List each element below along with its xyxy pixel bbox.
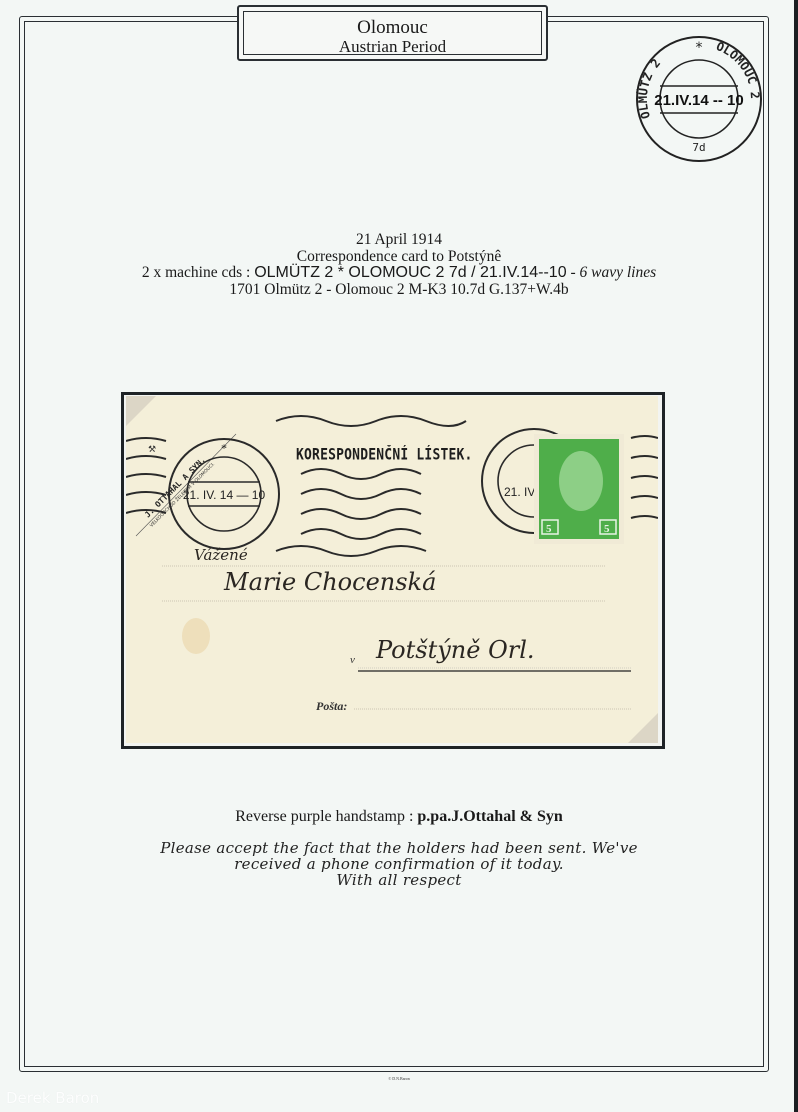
svg-text:7d: 7d	[692, 141, 705, 154]
svg-text:5: 5	[546, 523, 552, 535]
postcard-image: J. OTTAHAL A SYN. VELKOOBCHOD ŽELEZEM V …	[126, 396, 658, 743]
posta-label: Pošta:	[316, 699, 347, 714]
copyright: © D.N.Baron	[0, 1076, 798, 1081]
postmark-illustration: * OLMÜTZ 2 OLOMOUC 2 21.IV.14 -- 10 7d	[630, 33, 768, 165]
svg-text:*: *	[696, 40, 703, 56]
card-printed-title: KORESPONDENČNÍ LÍSTEK.	[296, 447, 473, 465]
item-type: Correspondence card to Potstýnê	[0, 249, 798, 266]
address-salutation: Vážené	[194, 546, 248, 564]
cancel-text: OLMÜTZ 2 * OLOMOUC 2 7d / 21.IV.14--10	[254, 264, 566, 281]
svg-text:5: 5	[604, 523, 610, 535]
cancel-wavy-lines: 6 wavy lines	[580, 264, 657, 281]
catalog-reference: 1701 Olmütz 2 - Olomouc 2 M-K3 10.7d G.1…	[0, 282, 798, 299]
svg-text:21. IV. 14 — 10: 21. IV. 14 — 10	[183, 488, 266, 502]
watermark: Derek Baron	[6, 1089, 99, 1107]
handstamp-text: p.pa.J.Ottahal & Syn	[417, 808, 562, 825]
svg-text:21.IV.14 -- 10: 21.IV.14 -- 10	[654, 92, 744, 109]
page-title: Olomouc	[244, 18, 541, 38]
item-description: 21 April 1914 Correspondence card to Pot…	[0, 232, 798, 298]
item-date: 21 April 1914	[0, 232, 798, 249]
reverse-note: Reverse purple handstamp : p.pa.J.Ottaha…	[0, 808, 798, 826]
svg-text:*: *	[221, 441, 227, 455]
town-label: v	[350, 654, 355, 666]
address-town: Potštýně Orl.	[376, 636, 535, 664]
svg-text:OLMÜTZ 2: OLMÜTZ 2	[635, 56, 663, 120]
page-edge-shadow	[794, 0, 798, 1112]
title-box: Olomouc Austrian Period	[237, 5, 548, 61]
svg-text:OLOMOUC 2: OLOMOUC 2	[714, 39, 762, 99]
cancel-description: 2 x machine cds : OLMÜTZ 2 * OLOMOUC 2 7…	[0, 265, 798, 282]
svg-text:⚒: ⚒	[148, 444, 156, 454]
address-name: Marie Chocenská	[224, 568, 436, 596]
translation-note: Please accept the fact that the holders …	[0, 840, 798, 888]
page-subtitle: Austrian Period	[244, 38, 541, 56]
